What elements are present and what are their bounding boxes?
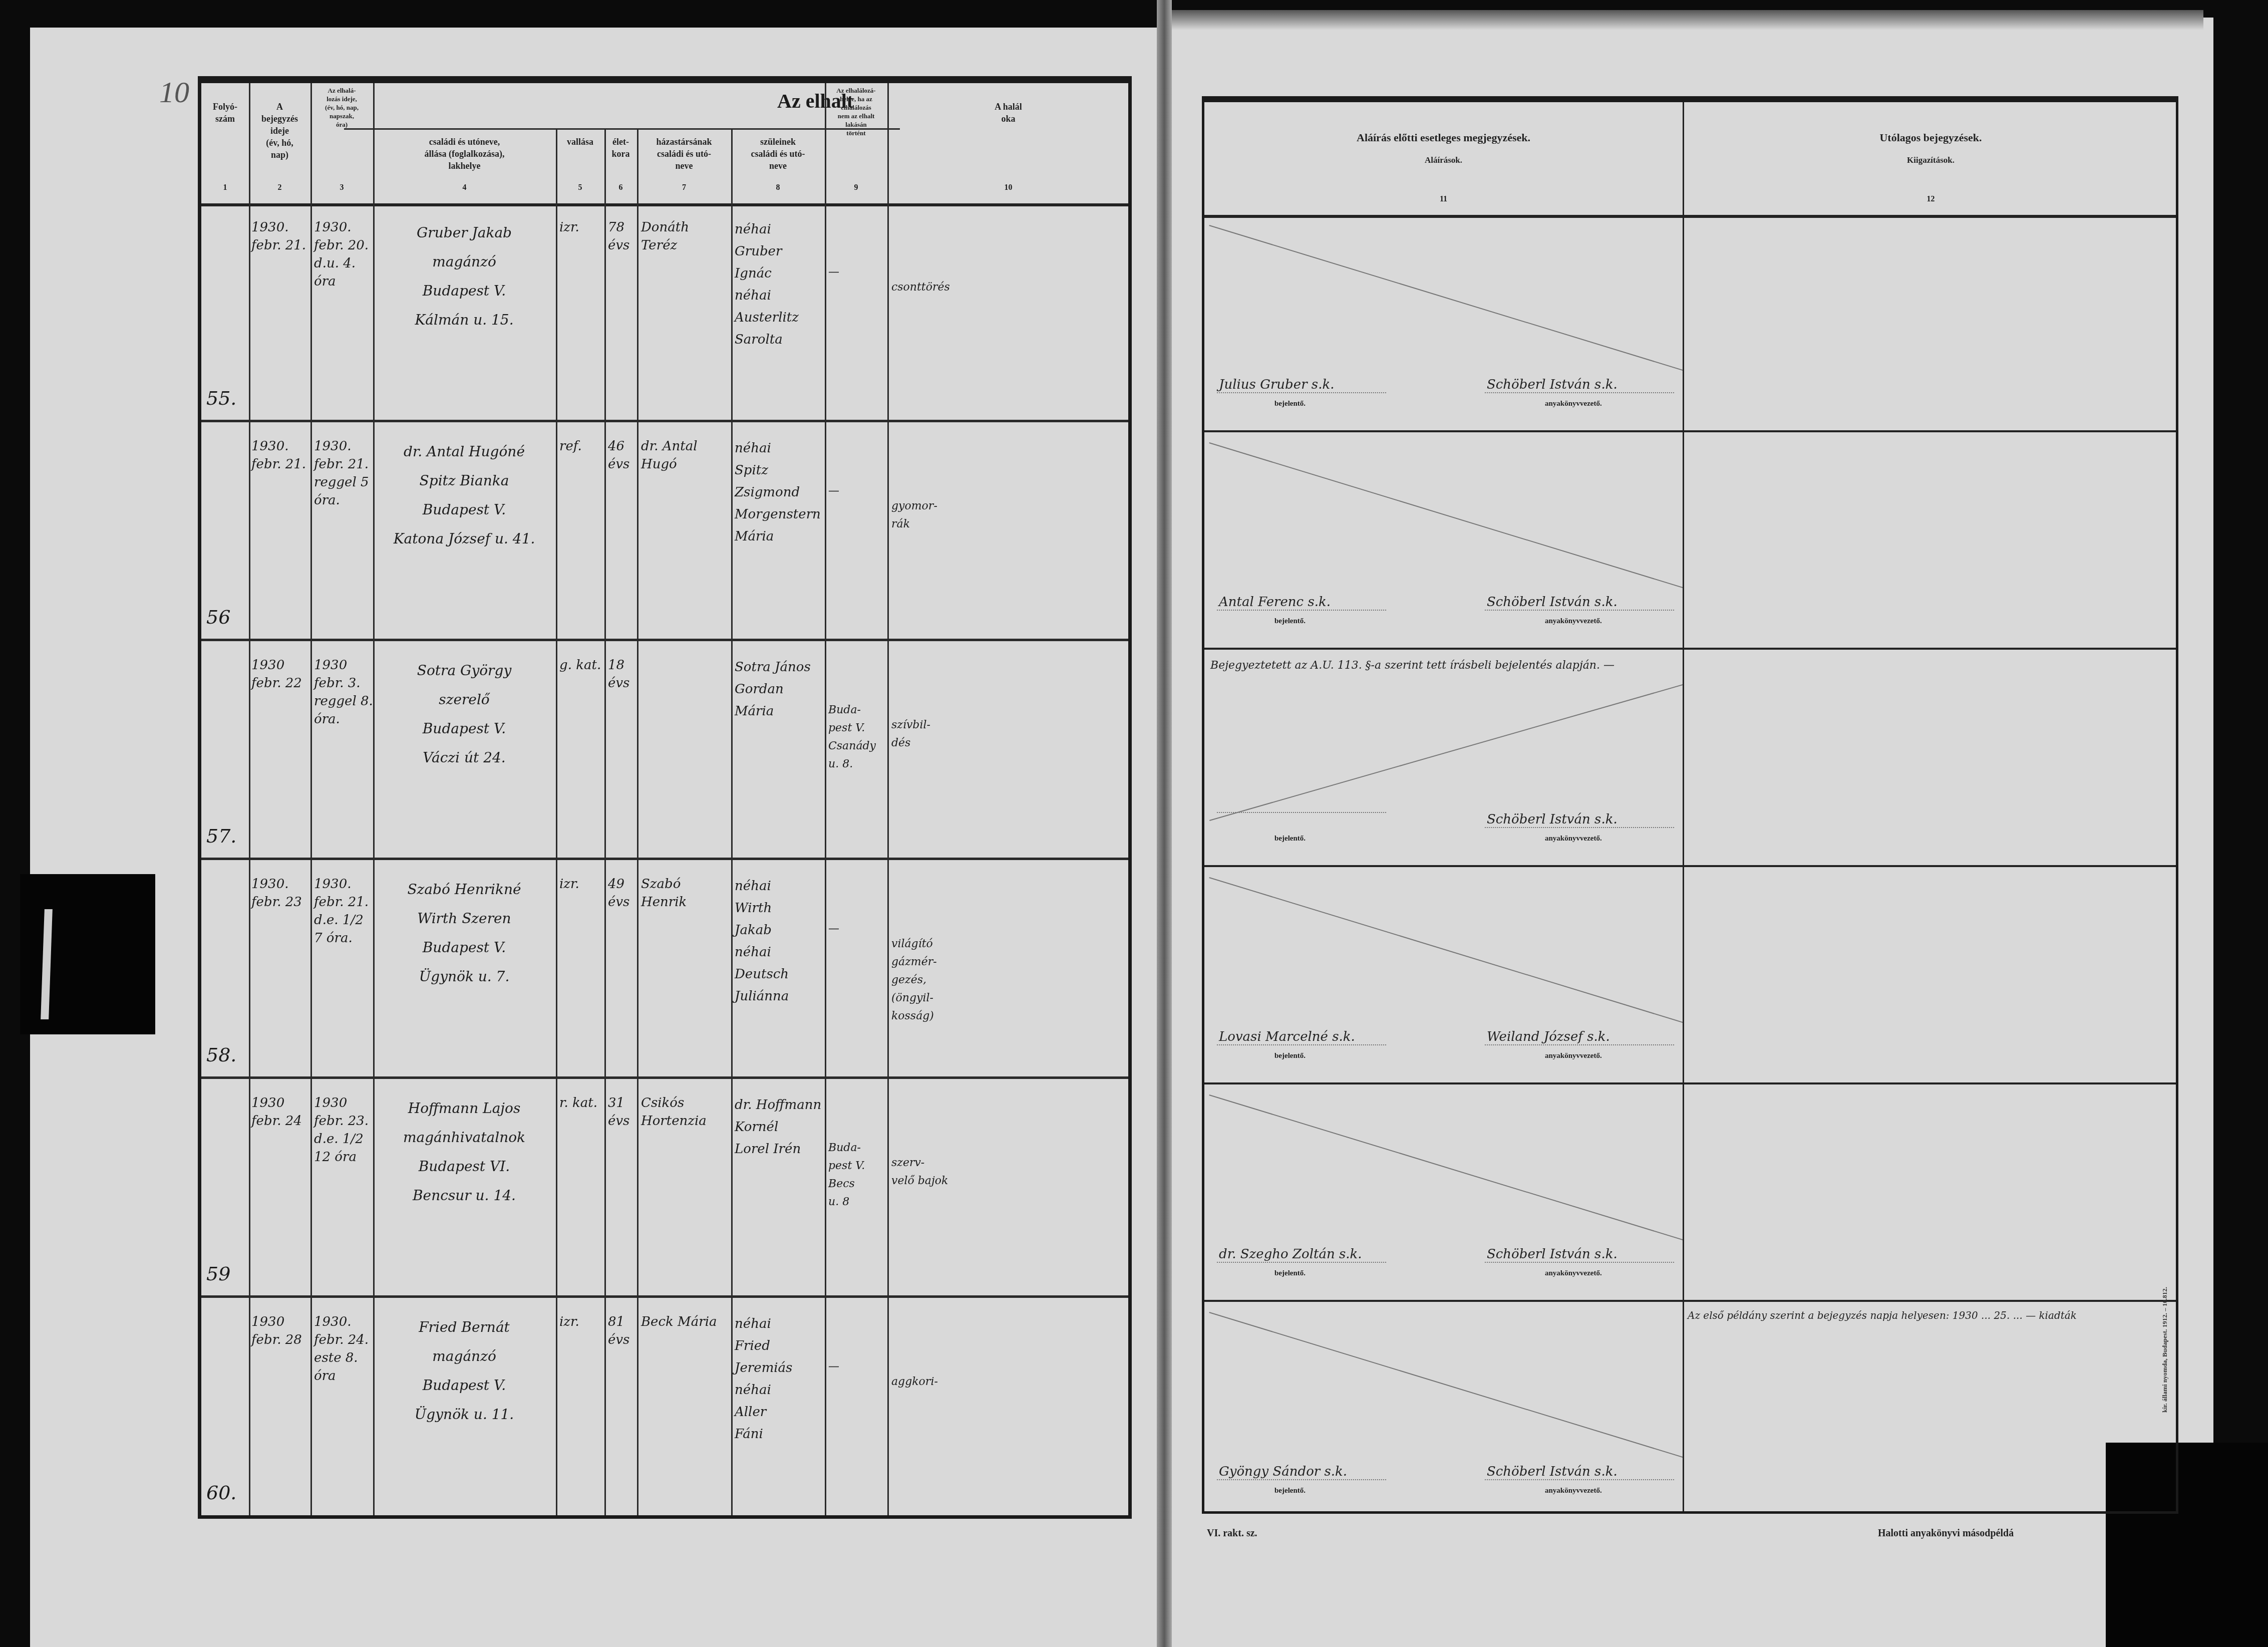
column-header-4: családi és utóneve, állása (foglalkozása… <box>373 136 556 172</box>
cell-died: 1930 febr. 3. reggel 8. óra. <box>314 656 373 728</box>
cell-registered: 1930. febr. 23 <box>251 875 302 911</box>
registrar-signature: Schöberl István s.k. <box>1485 812 1674 828</box>
declarant-signature: Antal Ferenc s.k. <box>1217 595 1386 611</box>
signature-cell: Julius Gruber s.k.bejelentő.Schöberl Ist… <box>1204 215 1683 430</box>
footer-shelf-number: VI. rakt. sz. <box>1207 1528 1257 1539</box>
col12-title: Utólagos bejegyzések. <box>1684 132 2177 143</box>
cell-name: Sotra György szerelő Budapest V. Váczi ú… <box>379 656 549 772</box>
page-shadow <box>1172 10 2203 30</box>
cell-age: 31 évs <box>608 1094 629 1130</box>
table-row: 1930 febr. 241930 febr. 23. d.e. 1/2 12 … <box>201 1079 1128 1298</box>
cell-place: — <box>828 482 839 500</box>
cell-name: Hoffmann Lajos magánhivatalnok Budapest … <box>379 1094 549 1210</box>
declarant-signature: Lovasi Marcelné s.k. <box>1217 1029 1386 1045</box>
signature-row: Lovasi Marcelné s.k.bejelentő.Weiland Jó… <box>1204 867 2176 1084</box>
registrar-signature: Weiland József s.k. <box>1485 1029 1674 1045</box>
registrar-signature: Schöberl István s.k. <box>1485 595 1674 611</box>
signature-row: dr. Szegho Zoltán s.k.bejelentő.Schöberl… <box>1204 1084 2176 1302</box>
declarant-label: bejelentő. <box>1274 1269 1306 1278</box>
cell-spouse: Beck Mária <box>641 1313 717 1331</box>
registrar-label: anyakönyvvezető. <box>1545 835 1602 843</box>
cell-died: 1930. febr. 21. d.e. 1/2 7 óra. <box>314 875 369 947</box>
cell-parents: néhai Gruber Ignác néhai Austerlitz Saro… <box>735 218 799 351</box>
table-header: Az elhalt Folyó- szám1A bejegyzés ideje … <box>201 83 1128 206</box>
cell-cause: gyomor- rák <box>891 497 937 533</box>
column-header-2: A bejegyzés ideje (év, hó, nap) <box>249 101 310 161</box>
col12-number: 12 <box>1684 195 2177 204</box>
cancel-stroke <box>1209 442 1683 605</box>
signatures-header: Aláírás előtti esetleges megjegyzések. A… <box>1204 102 2176 218</box>
cell-age: 46 évs <box>608 437 629 473</box>
declarant-signature: dr. Szegho Zoltán s.k. <box>1217 1247 1386 1263</box>
table-row: 1930. febr. 231930. febr. 21. d.e. 1/2 7… <box>201 860 1128 1079</box>
signature-row: Gyöngy Sándor s.k.bejelentő.Schöberl Ist… <box>1204 1302 2176 1519</box>
signature-cell: dr. Szegho Zoltán s.k.bejelentő.Schöberl… <box>1204 1084 1683 1300</box>
later-entry-note: Az első példány szerint a bejegyzés napj… <box>1688 1304 2168 1326</box>
column-header-9: Az elhalálozá- helye, ha az elhalálozás … <box>825 86 887 137</box>
signature-cell: Antal Ferenc s.k.bejelentő.Schöberl Istv… <box>1204 432 1683 648</box>
registrar-label: anyakönyvvezető. <box>1545 617 1602 626</box>
table-row: 1930. febr. 21.1930. febr. 20. d.u. 4. ó… <box>201 203 1128 422</box>
cell-cause: szívbil- dés <box>891 716 930 752</box>
signature-row: Julius Gruber s.k.bejelentő.Schöberl Ist… <box>1204 215 2176 432</box>
declarant-signature: Julius Gruber s.k. <box>1217 377 1386 393</box>
registrar-signature: Schöberl István s.k. <box>1485 1247 1674 1263</box>
column-header-7: házastársának családi és utó- neve <box>637 136 731 172</box>
book-binding-left <box>0 0 23 1647</box>
registrar-label: anyakönyvvezető. <box>1545 1269 1602 1278</box>
cell-registered: 1930 febr. 22 <box>251 656 302 692</box>
column-header-1: Folyó- szám <box>201 101 249 125</box>
cell-place: — <box>828 920 839 938</box>
column-number: 7 <box>637 183 731 192</box>
cell-age: 49 évs <box>608 875 629 911</box>
signature-cell: Lovasi Marcelné s.k.bejelentő.Weiland Jó… <box>1204 867 1683 1082</box>
row-serial-number: 55. <box>206 387 236 409</box>
declarant-signature: Gyöngy Sándor s.k. <box>1217 1464 1386 1480</box>
cell-religion: izr. <box>559 875 579 893</box>
cell-place: — <box>828 1358 839 1376</box>
cell-name: Szabó Henrikné Wirth Szeren Budapest V. … <box>379 875 549 991</box>
registrar-signature: Schöberl István s.k. <box>1485 377 1674 393</box>
cancel-stroke <box>1209 1312 1683 1474</box>
column-number: 3 <box>310 183 373 192</box>
cell-name: Gruber Jakab magánzó Budapest V. Kálmán … <box>379 218 549 335</box>
signatures-table: Aláírás előtti esetleges megjegyzések. A… <box>1202 96 2178 1514</box>
binder-clip <box>20 874 155 1034</box>
cell-religion: g. kat. <box>559 656 601 674</box>
cell-parents: Sotra János Gordan Mária <box>735 656 811 722</box>
column-number: 1 <box>201 183 249 192</box>
cell-religion: ref. <box>559 437 582 455</box>
column-number: 6 <box>604 183 637 192</box>
column-number: 8 <box>731 183 825 192</box>
cell-age: 81 évs <box>608 1313 629 1349</box>
cell-age: 18 évs <box>608 656 629 692</box>
printer-imprint: kir. állami nyomda, Budapest. 1912. – 10… <box>2161 1232 2169 1413</box>
table-row: 1930 febr. 221930 febr. 3. reggel 8. óra… <box>201 641 1128 860</box>
cell-registered: 1930. febr. 21. <box>251 218 306 254</box>
declarant-label: bejelentő. <box>1274 400 1306 408</box>
row-serial-number: 57. <box>206 825 236 847</box>
cell-died: 1930 febr. 23. d.e. 1/2 12 óra <box>314 1094 369 1166</box>
cancel-stroke <box>1209 877 1683 1039</box>
cancel-stroke <box>1209 668 1683 821</box>
cell-parents: dr. Hoffmann Kornél Lorel Irén <box>735 1094 821 1160</box>
cell-parents: néhai Spitz Zsigmond Morgenstern Mária <box>735 437 821 547</box>
death-register-table: Az elhalt Folyó- szám1A bejegyzés ideje … <box>198 76 1132 1519</box>
cell-religion: r. kat. <box>559 1094 597 1112</box>
col11-title: Aláírás előtti esetleges megjegyzések. <box>1204 132 1683 143</box>
table-row: 1930 febr. 281930. febr. 24. este 8. óra… <box>201 1298 1128 1517</box>
registrar-signature: Schöberl István s.k. <box>1485 1464 1674 1480</box>
column-number: 2 <box>249 183 310 192</box>
cell-registered: 1930. febr. 21. <box>251 437 306 473</box>
column-header-6: élet- kora <box>604 136 637 160</box>
cancel-stroke <box>1209 225 1683 387</box>
signature-row: Bejegyeztetett az A.U. 113. §-a szerint … <box>1204 650 2176 867</box>
remark-note: Bejegyeztetett az A.U. 113. §-a szerint … <box>1210 655 1661 677</box>
declarant-label: bejelentő. <box>1274 835 1306 843</box>
footer-book-title: Halotti anyakönyvi másodpéldá <box>1878 1528 2014 1539</box>
row-serial-number: 59 <box>206 1263 230 1285</box>
column-header-8: szüleinek családi és utó- neve <box>731 136 825 172</box>
column-number: 10 <box>887 183 1129 192</box>
cell-name: dr. Antal Hugóné Spitz Bianka Budapest V… <box>379 437 549 554</box>
cell-spouse: Szabó Henrik <box>641 875 687 911</box>
cell-cause: világító gázmér- gezés, (öngyil- kosság) <box>891 935 937 1025</box>
book-gutter <box>1157 0 1172 1647</box>
table-row: 1930. febr. 21.1930. febr. 21. reggel 5 … <box>201 422 1128 641</box>
cell-registered: 1930 febr. 28 <box>251 1313 302 1349</box>
column-header-5: vallása <box>556 136 604 148</box>
cell-died: 1930. febr. 20. d.u. 4. óra <box>314 218 369 291</box>
registrar-label: anyakönyvvezető. <box>1545 400 1602 408</box>
col11-number: 11 <box>1204 195 1683 204</box>
col12-subtitle: Kiigazítások. <box>1684 155 2177 166</box>
col11-subtitle: Aláírások. <box>1204 155 1683 166</box>
cell-religion: izr. <box>559 218 579 236</box>
cell-cause: csonttörés <box>891 279 950 297</box>
row-serial-number: 58. <box>206 1044 236 1066</box>
cell-spouse: dr. Antal Hugó <box>641 437 698 473</box>
registrar-label: anyakönyvvezető. <box>1545 1487 1602 1495</box>
column-number: 5 <box>556 183 604 192</box>
column-number: 9 <box>825 183 887 192</box>
declarant-signature <box>1217 812 1386 813</box>
column-header-10: A halál oka <box>887 101 1129 125</box>
cell-spouse: Csikós Hortenzia <box>641 1094 707 1130</box>
cell-parents: néhai Fried Jeremiás néhai Aller Fáni <box>735 1313 792 1445</box>
cell-died: 1930. febr. 21. reggel 5 óra. <box>314 437 369 509</box>
cell-age: 78 évs <box>608 218 629 254</box>
cell-registered: 1930 febr. 24 <box>251 1094 302 1130</box>
signature-row: Antal Ferenc s.k.bejelentő.Schöberl Istv… <box>1204 432 2176 650</box>
cell-spouse: Donáth Teréz <box>641 218 689 254</box>
cell-name: Fried Bernát magánzó Budapest V. Ügynök … <box>379 1313 549 1429</box>
signature-cell: Bejegyeztetett az A.U. 113. §-a szerint … <box>1204 650 1683 865</box>
column-number: 4 <box>373 183 556 192</box>
cell-religion: izr. <box>559 1313 579 1331</box>
declarant-label: bejelentő. <box>1274 617 1306 626</box>
cell-place: Buda- pest V. Csanády u. 8. <box>828 701 876 773</box>
cell-cause: szerv- velő bajok <box>891 1154 948 1190</box>
declarant-label: bejelentő. <box>1274 1487 1306 1495</box>
header-subline <box>344 128 900 130</box>
row-serial-number: 60. <box>206 1482 236 1504</box>
registrar-label: anyakönyvvezető. <box>1545 1052 1602 1060</box>
declarant-label: bejelentő. <box>1274 1052 1306 1060</box>
cell-cause: aggkori- <box>891 1373 938 1391</box>
signature-cell: Gyöngy Sándor s.k.bejelentő.Schöberl Ist… <box>1204 1302 1683 1519</box>
cell-parents: néhai Wirth Jakab néhai Deutsch Juliánna <box>735 875 789 1007</box>
cell-died: 1930. febr. 24. este 8. óra <box>314 1313 369 1385</box>
column-header-3: Az elhalá- lozás ideje, (év, hó, nap, na… <box>310 86 373 129</box>
row-serial-number: 56 <box>206 606 230 628</box>
cell-place: Buda- pest V. Becs u. 8 <box>828 1139 865 1211</box>
page-number: 10 <box>159 75 189 110</box>
cancel-stroke <box>1209 1094 1683 1257</box>
cell-place: — <box>828 263 839 282</box>
